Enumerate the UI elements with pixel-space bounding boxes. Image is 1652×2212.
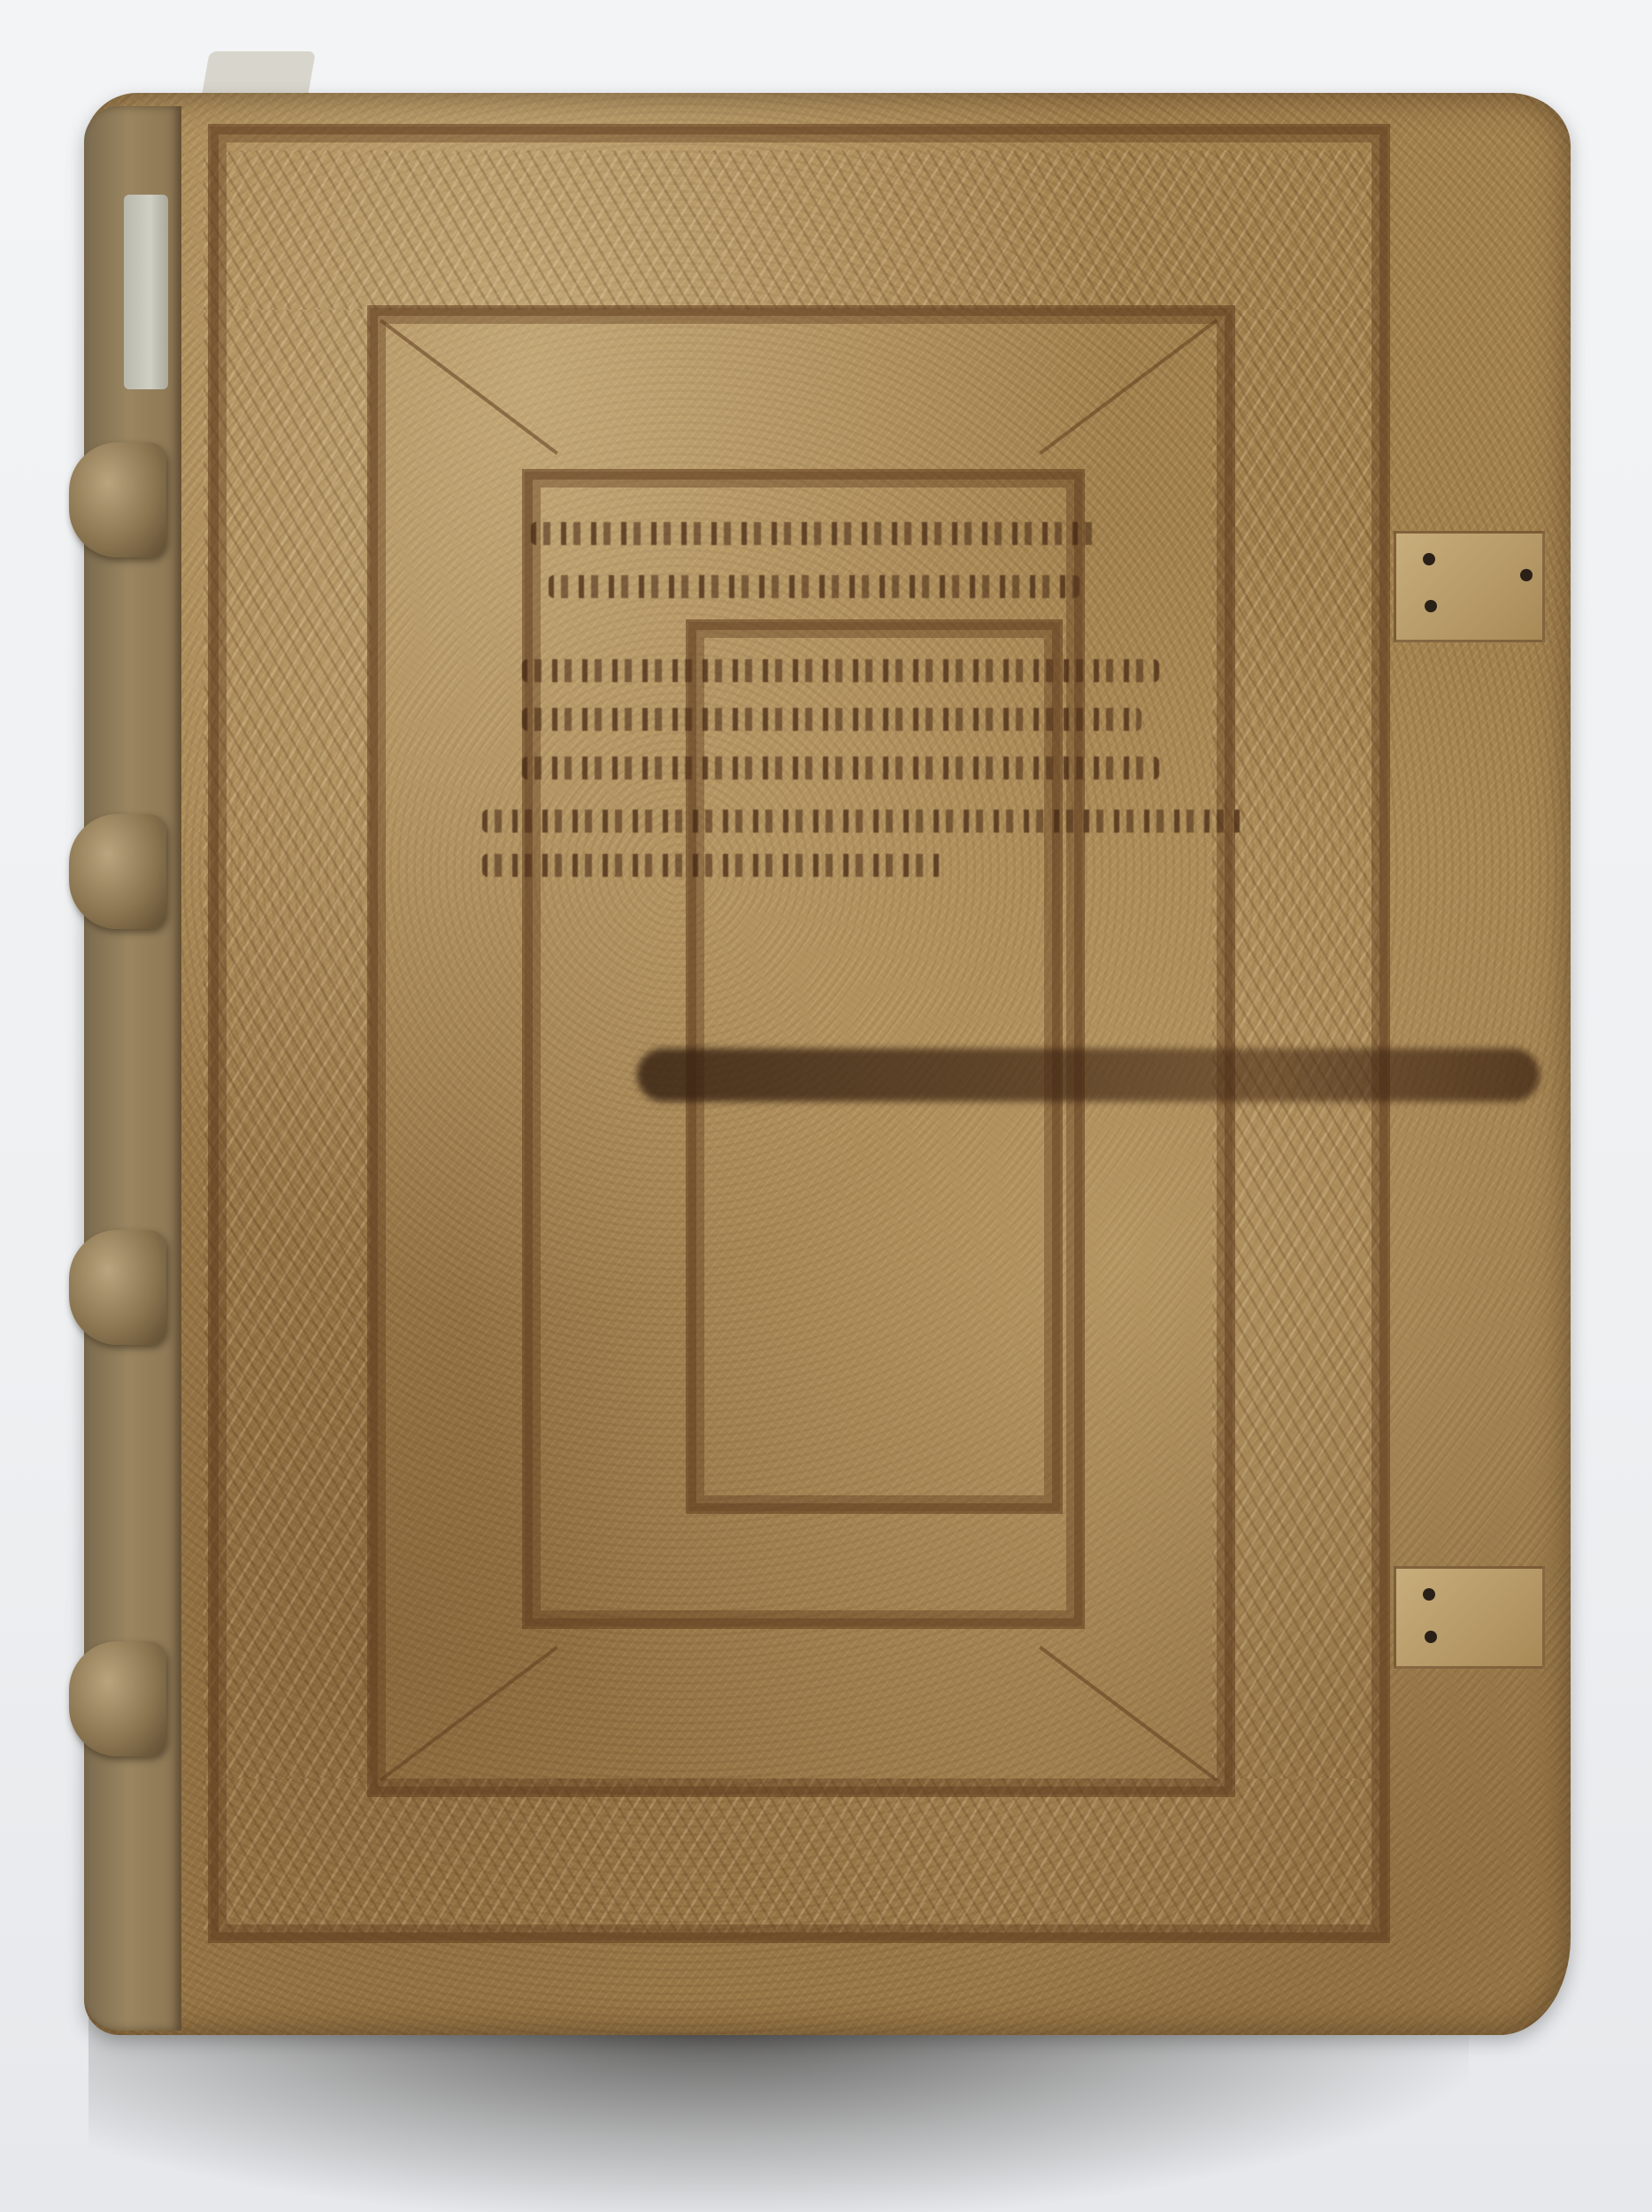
nail-hole — [1425, 1631, 1437, 1643]
handwritten-inscription-line — [549, 575, 1080, 598]
handwritten-inscription-line — [531, 522, 1097, 545]
spine-band — [69, 814, 166, 929]
spine-band — [69, 1641, 166, 1756]
clasp-plate-top — [1394, 531, 1545, 642]
nail-hole — [1520, 569, 1533, 581]
handwritten-inscription-line — [522, 757, 1159, 780]
spine-band — [69, 1230, 166, 1345]
handwritten-inscription-line — [522, 708, 1141, 731]
handwritten-inscription-line — [482, 854, 942, 877]
dark-stain — [637, 1048, 1540, 1102]
clasp-plate-bottom — [1394, 1566, 1545, 1669]
nail-hole — [1423, 553, 1435, 565]
handwritten-inscription-line — [482, 810, 1243, 833]
nail-hole — [1423, 1588, 1435, 1601]
spine-label-remnant — [124, 195, 168, 389]
book-shadow — [88, 2017, 1469, 2212]
handwritten-inscription-line — [522, 659, 1159, 682]
spine-band — [69, 442, 166, 557]
nail-hole — [1425, 600, 1437, 612]
